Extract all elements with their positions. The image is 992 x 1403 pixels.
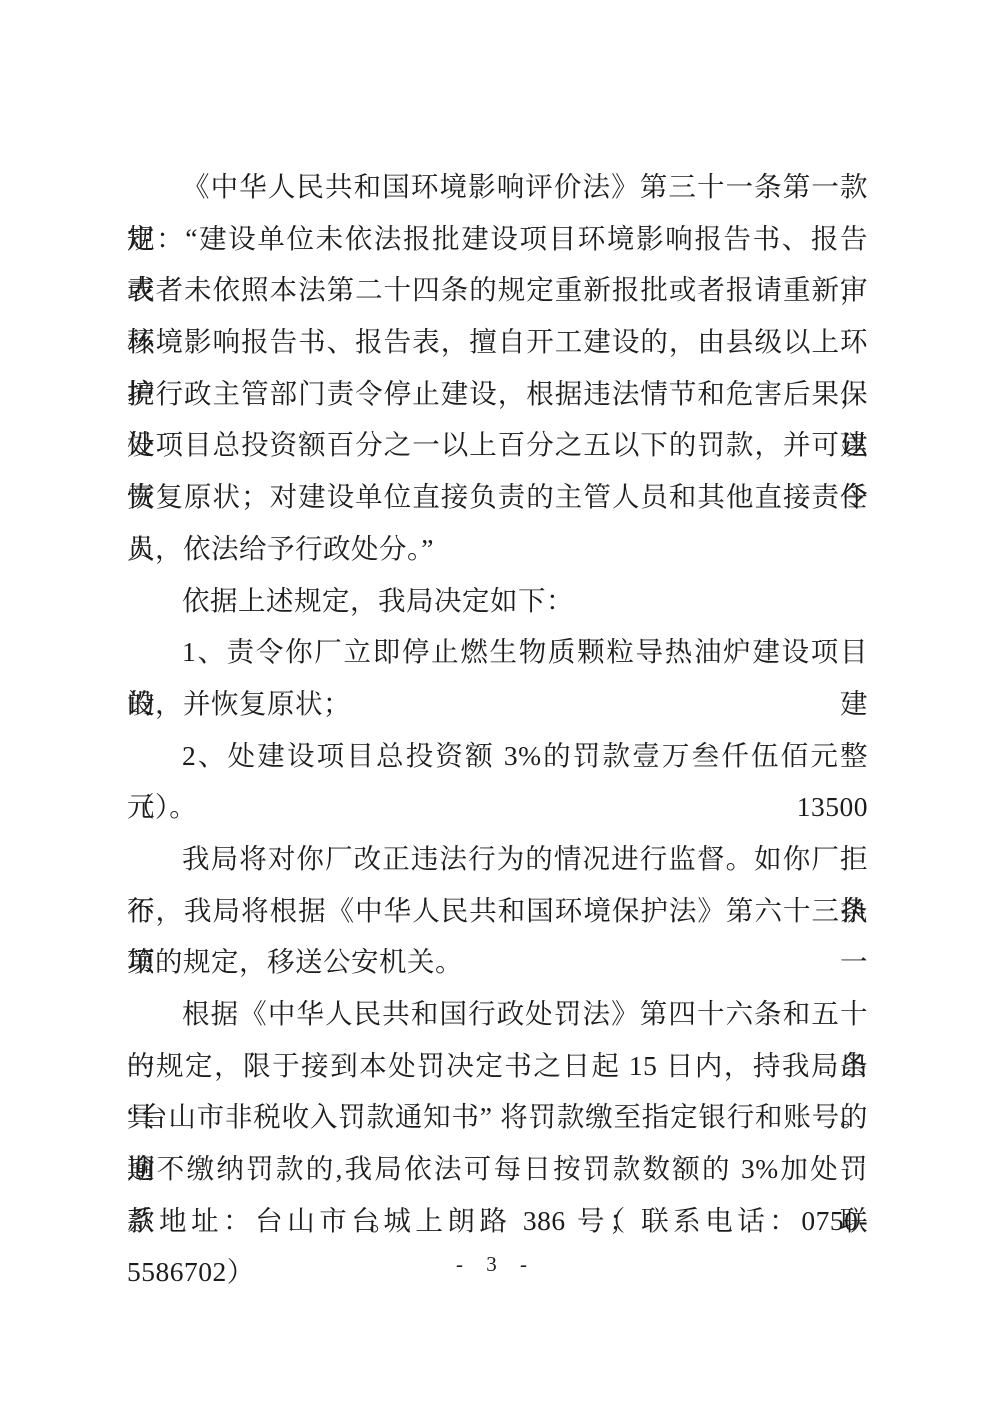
text-line: 的规定，限于接到本处罚决定书之日起 15 日内，持我局出具的 [127,1040,868,1092]
text-line: 期不缴纳罚款的,我局依法可每日按罚款数额的 3%加处罚款。（联 [127,1143,868,1195]
text-line: 2、处建设项目总投资额 3%的罚款壹万叁仟伍佰元整（13500 [127,730,868,782]
text-line: 恢复原状；对建设单位直接负责的主管人员和其他直接责任人 [127,471,868,523]
text-line: 根据《中华人民共和国行政处罚法》第四十六条和五十一条 [127,988,868,1040]
text-line: “台山市非税收入罚款通知书” 将罚款缴至指定银行和账号。逾 [127,1091,868,1143]
document-page: 《中华人民共和国环境影响评价法》第三十一条第一款规定：“建设单位未依法报批建设项… [0,0,992,1403]
text-line: 《中华人民共和国环境影响评价法》第三十一条第一款规 [127,161,868,213]
text-line: 系地址：台山市台城上朗路 386 号；联系电话：0750-5586702） [127,1195,868,1247]
text-line: 我局将对你厂改正违法行为的情况进行监督。如你厂拒不执 [127,833,868,885]
document-body: 《中华人民共和国环境影响评价法》第三十一条第一款规定：“建设单位未依法报批建设项… [127,161,868,1246]
text-line: 护行政主管部门责令停止建设，根据违法情节和危害后果，处建 [127,368,868,420]
text-line: 环境影响报告书、报告表，擅自开工建设的，由县级以上环境保 [127,316,868,368]
page-number: - 3 - [0,1252,992,1277]
text-line: 员，依法给予行政处分。” [127,523,868,575]
text-line: 定：“建设单位未依法报批建设项目环境影响报告书、报告表， [127,213,868,265]
text-line: 设项目总投资额百分之一以上百分之五以下的罚款，并可以责令 [127,419,868,471]
text-line: 1、责令你厂立即停止燃生物质颗粒导热油炉建设项目的建 [127,626,868,678]
text-line: 或者未依照本法第二十四条的规定重新报批或者报请重新审核 [127,264,868,316]
text-line: 行，我局将根据《中华人民共和国环境保护法》第六十三条第一 [127,885,868,937]
text-line: 依据上述规定，我局决定如下： [127,575,868,627]
